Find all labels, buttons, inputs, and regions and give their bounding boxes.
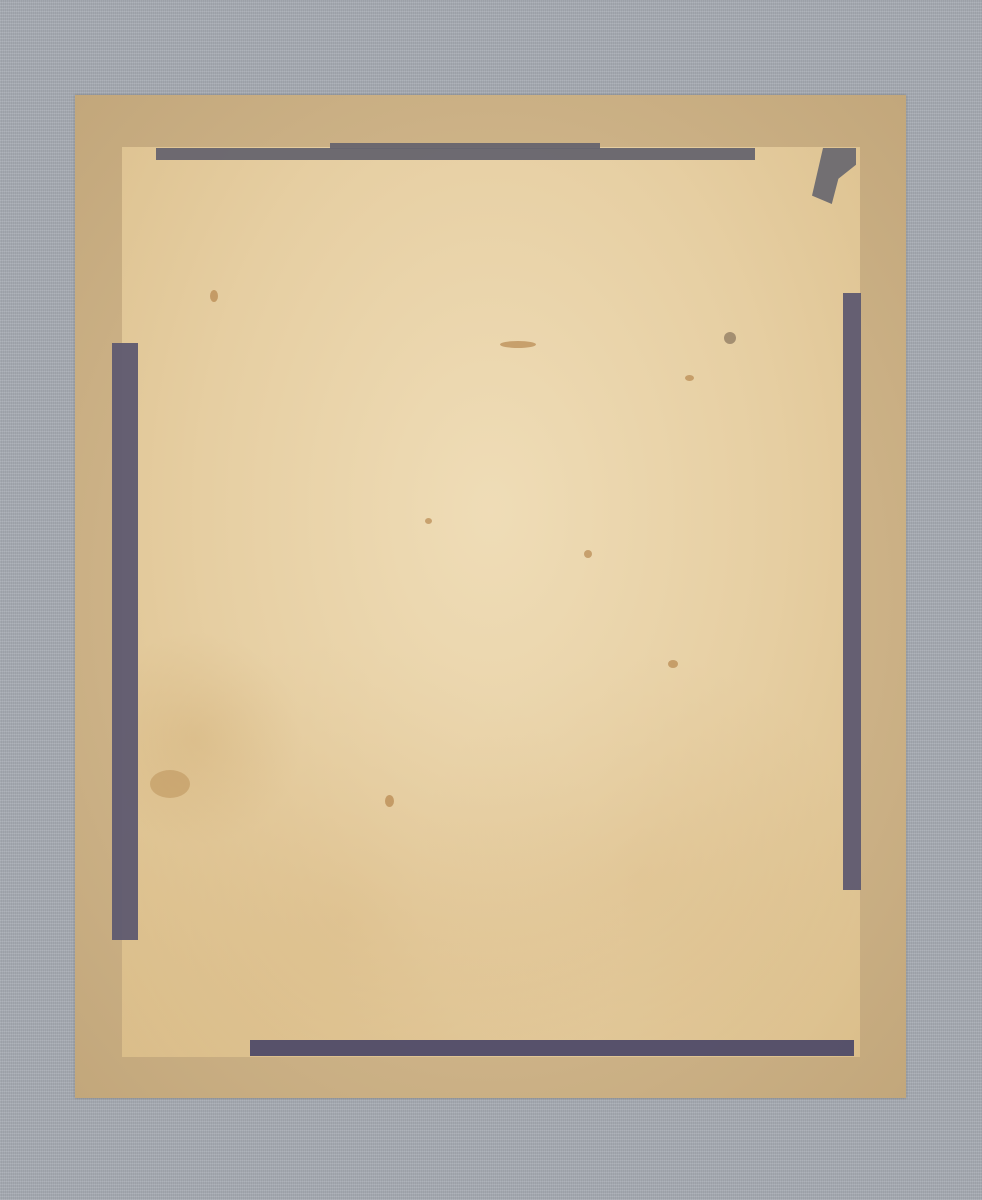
foxing-spot [500,341,536,348]
foxing-spot [210,290,218,302]
foxing-spot [668,660,678,668]
aged-paper [122,147,860,1057]
tape-strip-left [112,343,138,940]
foxing-spot [685,375,694,381]
foxing-spot [385,795,394,807]
tape-strip-top-torn-edge [330,143,600,149]
tape-strip-right [843,293,861,890]
foxing-spot [150,770,190,798]
tape-strip-bottom [250,1040,854,1056]
foxing-spot [425,518,432,524]
foxing-spot [724,332,736,344]
tape-strip-top [156,148,755,160]
foxing-spot [584,550,592,558]
